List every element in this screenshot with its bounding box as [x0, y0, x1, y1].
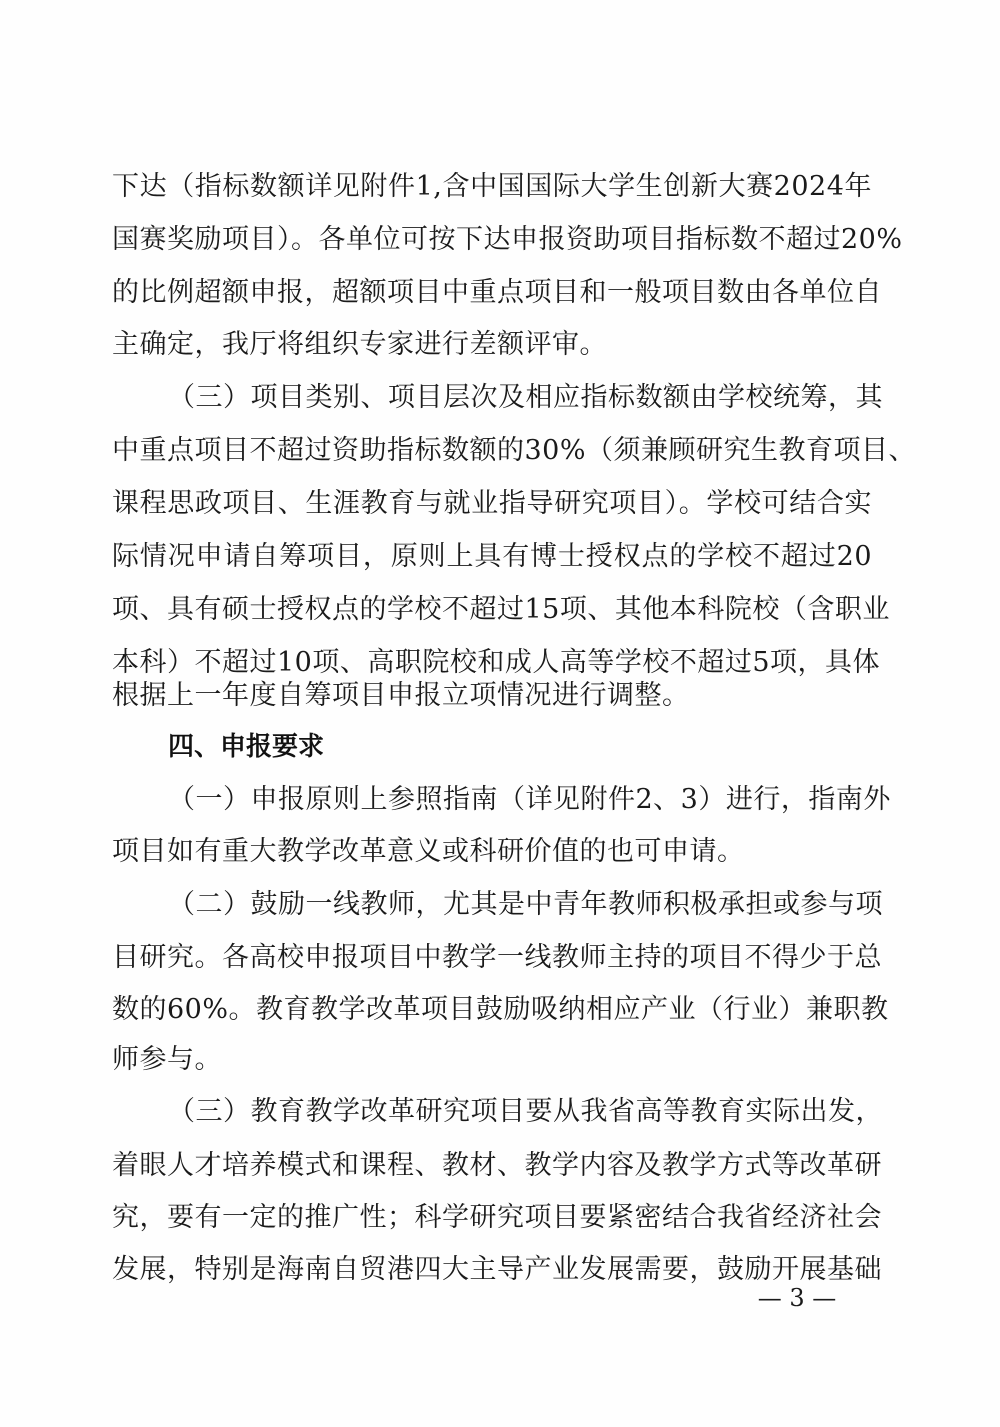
paragraph-line: 师参与。 — [112, 1040, 872, 1080]
paragraph-line: 项、具有硕士授权点的学校不超过15项、其他本科院校（含职业 — [112, 590, 872, 630]
paragraph-line: （三）项目类别、项目层次及相应指标数额由学校统筹，其 — [168, 378, 872, 418]
section-heading: 四、申报要求 — [168, 727, 324, 767]
document-page: 下达（指标数额详见附件1,含中国国际大学生创新大赛2024年 国赛奖励项目）。各… — [0, 0, 1000, 1427]
paragraph-line: （三）教育教学改革研究项目要从我省高等教育实际出发， — [168, 1092, 872, 1132]
paragraph-line: 项目如有重大教学改革意义或科研价值的也可申请。 — [112, 832, 872, 872]
paragraph-line: 国赛奖励项目）。各单位可按下达申报资助项目指标数不超过20% — [112, 220, 872, 260]
paragraph-line: 着眼人才培养模式和课程、教材、教学内容及教学方式等改革研 — [112, 1146, 872, 1186]
paragraph-line: 数的60%。教育教学改革项目鼓励吸纳相应产业（行业）兼职教 — [112, 990, 872, 1030]
paragraph-line: 中重点项目不超过资助指标数额的30%（须兼顾研究生教育项目、 — [112, 431, 872, 471]
paragraph-line: 主确定，我厅将组织专家进行差额评审。 — [112, 325, 872, 365]
paragraph-line: （二）鼓励一线教师，尤其是中青年教师积极承担或参与项 — [168, 885, 872, 925]
page-number: — 3 — — [757, 1284, 837, 1312]
paragraph-line: 究，要有一定的推广性；科学研究项目要紧密结合我省经济社会 — [112, 1198, 872, 1238]
paragraph-line: 际情况申请自筹项目，原则上具有博士授权点的学校不超过20 — [112, 537, 872, 577]
paragraph-line: 目研究。各高校申报项目中教学一线教师主持的项目不得少于总 — [112, 938, 872, 978]
paragraph-line: 课程思政项目、生涯教育与就业指导研究项目）。学校可结合实 — [112, 484, 872, 524]
paragraph-line: 根据上一年度自筹项目申报立项情况进行调整。 — [112, 676, 872, 716]
paragraph-line: 的比例超额申报，超额项目中重点项目和一般项目数由各单位自 — [112, 273, 872, 313]
paragraph-line: （一）申报原则上参照指南（详见附件2、3）进行，指南外 — [168, 780, 872, 820]
paragraph-line: 下达（指标数额详见附件1,含中国国际大学生创新大赛2024年 — [112, 167, 872, 207]
